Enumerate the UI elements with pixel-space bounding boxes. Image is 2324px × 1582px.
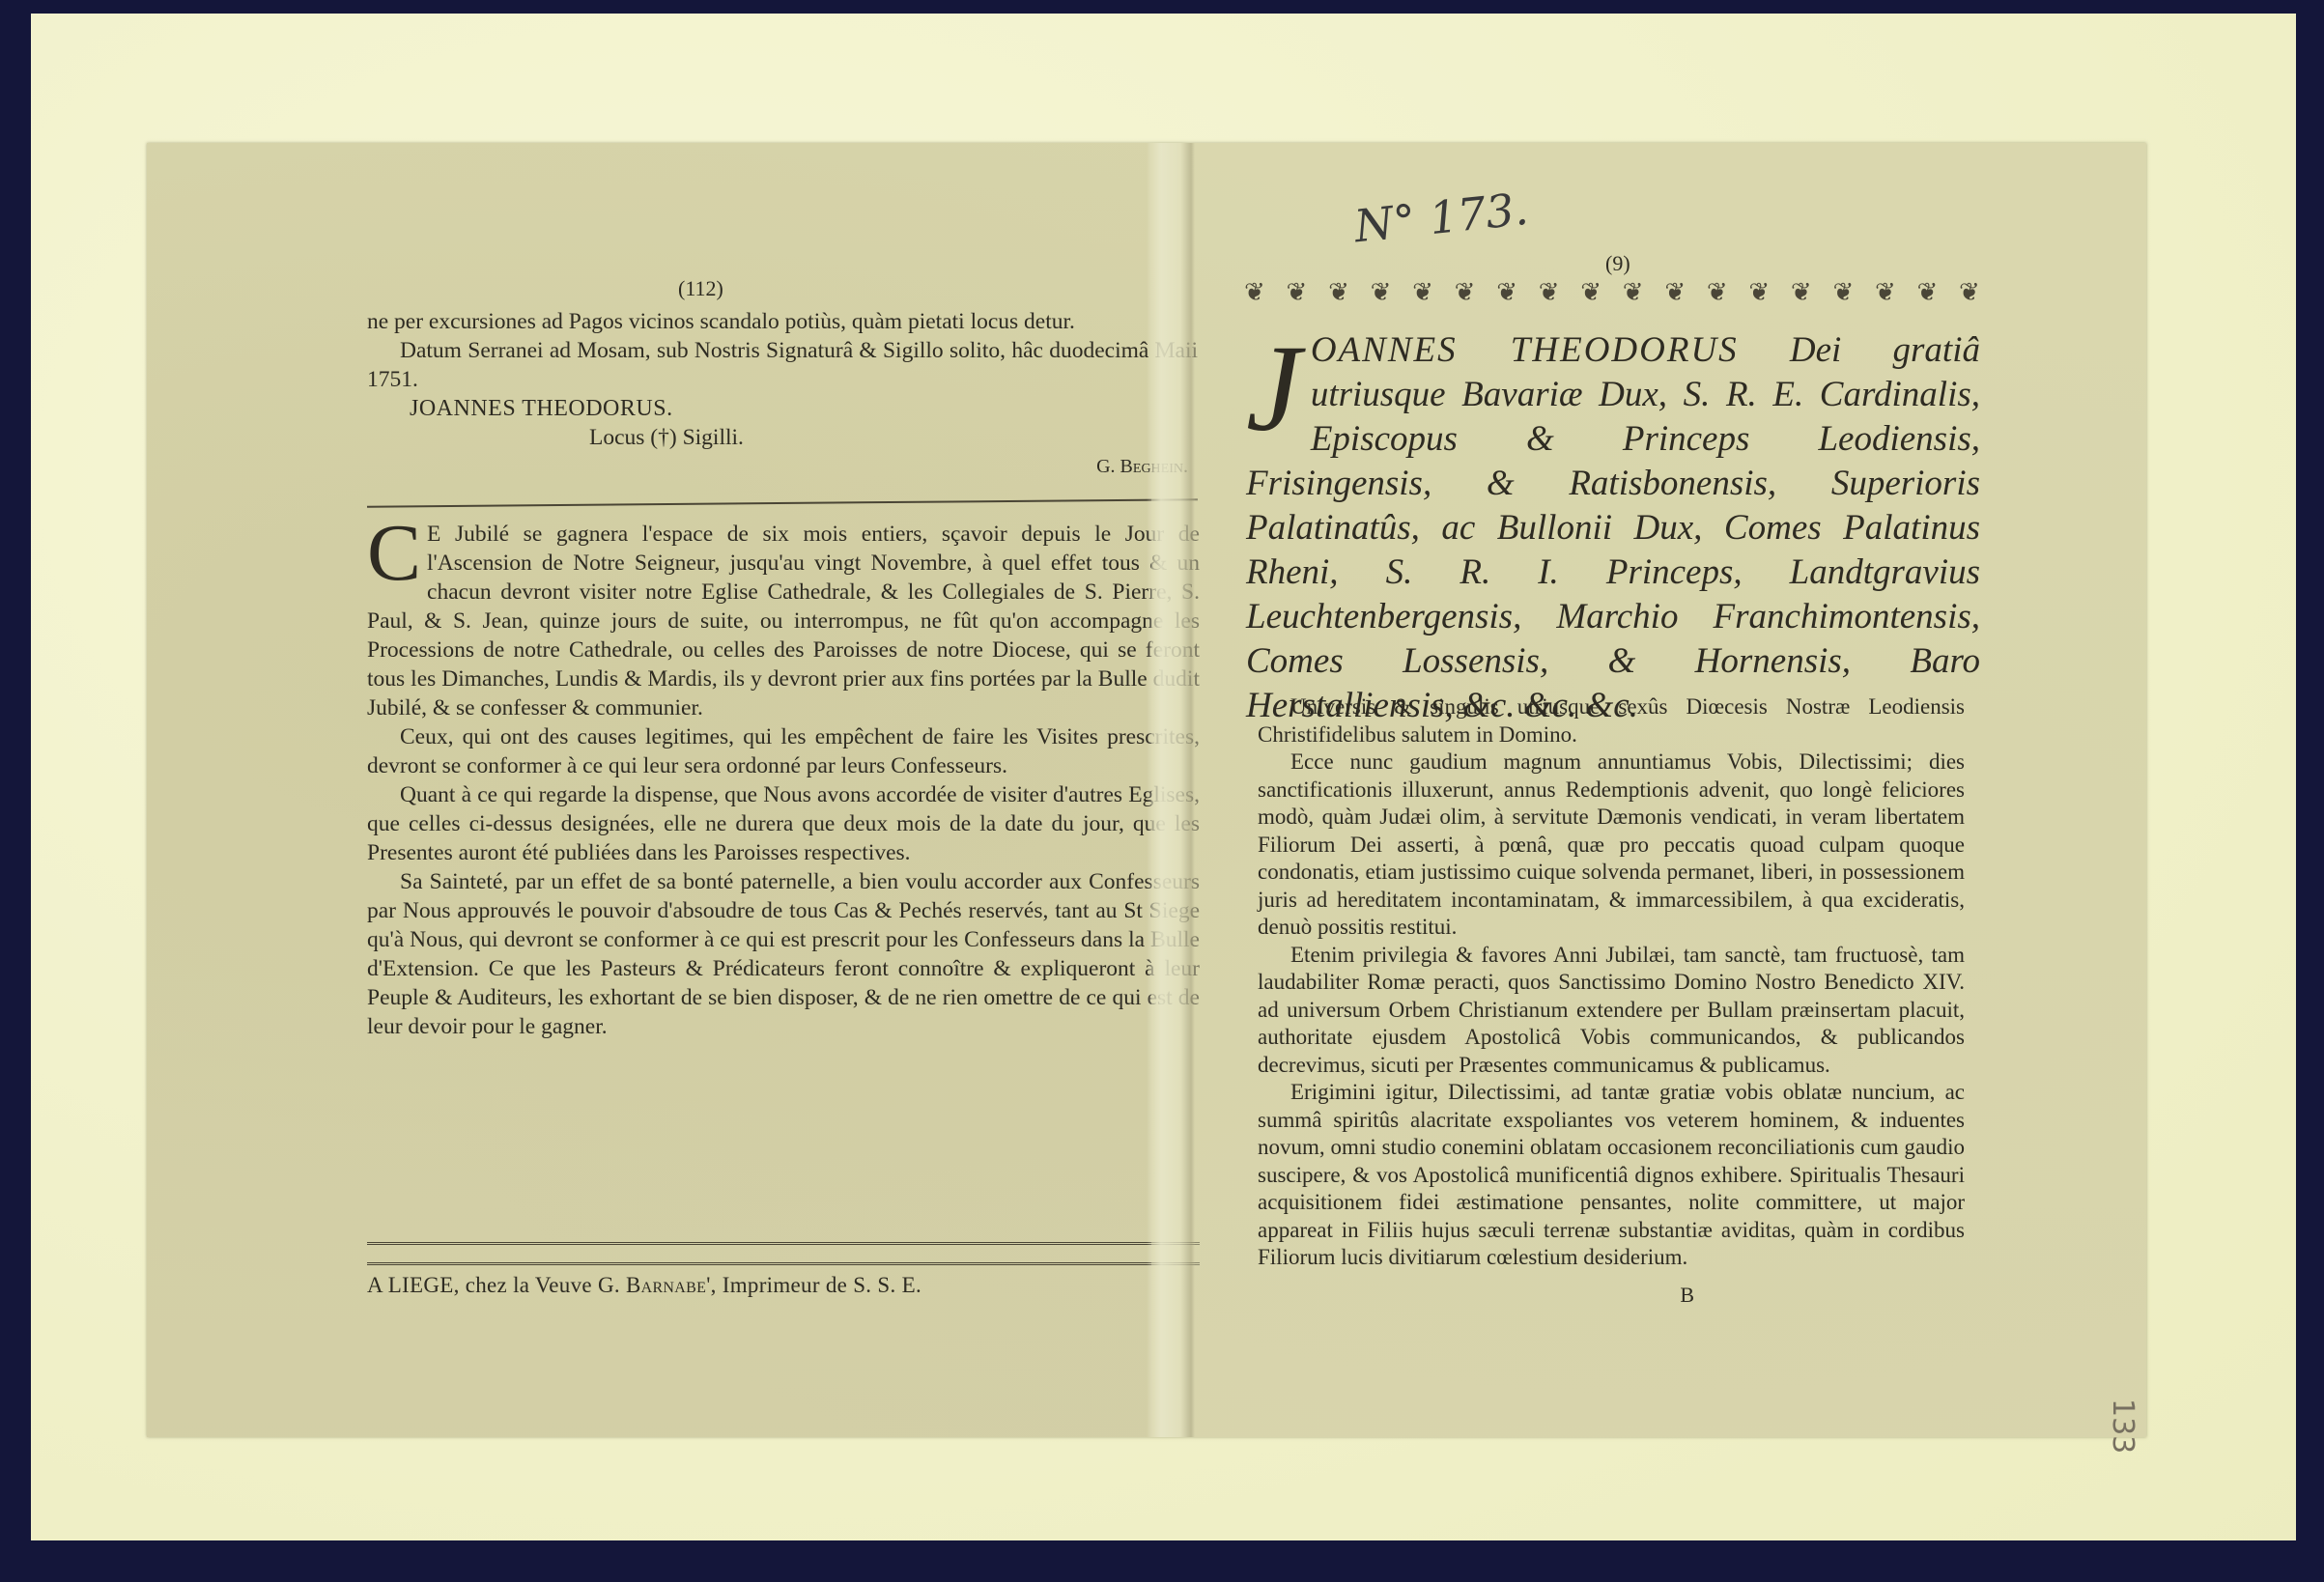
page-number-right: (9) [1605, 251, 1630, 276]
document-sheet: (112) ne per excursiones ad Pagos vicino… [147, 143, 2146, 1437]
fleuron-icon: ❦ [1328, 278, 1347, 307]
fleuron-icon: ❦ [1623, 278, 1642, 307]
fleuron-icon: ❦ [1580, 278, 1600, 307]
drop-cap: J [1246, 336, 1301, 440]
paragraph: Erigimini igitur, Dilectissimi, ad tantæ… [1258, 1079, 1965, 1272]
latin-mandate: Universis & singulis utriusque sexûs Diœ… [1258, 693, 1965, 1309]
paragraph: Sa Sainteté, par un effet de sa bonté pa… [367, 867, 1200, 1041]
fleuron-icon: ❦ [1496, 278, 1516, 307]
fleuron-icon: ❦ [1539, 278, 1558, 307]
fleuron-icon: ❦ [1832, 278, 1852, 307]
left-page: (112) ne per excursiones ad Pagos vicino… [147, 143, 1151, 1437]
signature-mark: B [1258, 1282, 1965, 1310]
header-ornaments: ❦ ❦ ❦ ❦ ❦ ❦ ❦ ❦ ❦ ❦ ❦ ❦ ❦ ❦ ❦ ❦ ❦ ❦ [1244, 278, 1978, 307]
dated-line: Datum Serranei ad Mosam, sub Nostris Sig… [367, 336, 1198, 394]
section-rule [367, 498, 1198, 508]
fleuron-icon: ❦ [1455, 278, 1474, 307]
signatory: JOANNES THEODORUS. [367, 394, 1198, 423]
fleuron-icon: ❦ [1412, 278, 1431, 307]
fleuron-icon: ❦ [1244, 278, 1263, 307]
fleuron-icon: ❦ [1287, 278, 1306, 307]
title-styles: Dei gratiâ utriusque Bavariæ Dux, S. R. … [1246, 330, 1980, 725]
handwritten-number: N° 173. [1352, 183, 1531, 253]
fleuron-icon: ❦ [1917, 278, 1937, 307]
fleuron-icon: ❦ [1875, 278, 1894, 307]
prince-bishop-titles: JOANNES THEODORUS Dei gratiâ utriusque B… [1246, 328, 1980, 728]
fleuron-icon: ❦ [1959, 278, 1978, 307]
paragraph: Universis & singulis utriusque sexûs Diœ… [1258, 693, 1965, 749]
paragraph: Ceux, qui ont des causes legitimes, qui … [367, 722, 1200, 780]
colophon: A LIEGE, chez la Veuve G. Barnabe', Impr… [367, 1234, 1200, 1300]
paragraph: CE Jubilé se gagnera l'espace de six moi… [367, 520, 1200, 722]
pencil-annotation: 133 [2106, 1398, 2140, 1454]
right-page: N° 173. (9) ❦ ❦ ❦ ❦ ❦ ❦ ❦ ❦ ❦ ❦ ❦ ❦ ❦ ❦ … [1151, 143, 2146, 1437]
seal-place: Locus (†) Sigilli. [367, 423, 1198, 452]
printer-imprint: A LIEGE, chez la Veuve G. Barnabe', Impr… [367, 1271, 1200, 1300]
paragraph: Etenim privilegia & favores Anni Jubilæi… [1258, 942, 1965, 1080]
fleuron-icon: ❦ [1791, 278, 1810, 307]
title-name: OANNES THEODORUS [1311, 330, 1739, 370]
ornament-rule [367, 1242, 1200, 1265]
paragraph: Quant à ce qui regarde la dispense, que … [367, 780, 1200, 867]
drop-cap: C [367, 523, 421, 583]
fleuron-icon: ❦ [1664, 278, 1684, 307]
paragraph: Ecce nunc gaudium magnum annuntiamus Vob… [1258, 749, 1965, 942]
countersignature: G. Beghein. [367, 452, 1198, 481]
french-ordinance: CE Jubilé se gagnera l'espace de six moi… [367, 520, 1200, 1041]
latin-closing: ne per excursiones ad Pagos vicinos scan… [367, 307, 1198, 504]
fleuron-icon: ❦ [1707, 278, 1726, 307]
page-number-left: (112) [678, 276, 723, 301]
latin-closing-text: ne per excursiones ad Pagos vicinos scan… [367, 307, 1198, 336]
fleuron-icon: ❦ [1748, 278, 1768, 307]
fleuron-icon: ❦ [1371, 278, 1390, 307]
